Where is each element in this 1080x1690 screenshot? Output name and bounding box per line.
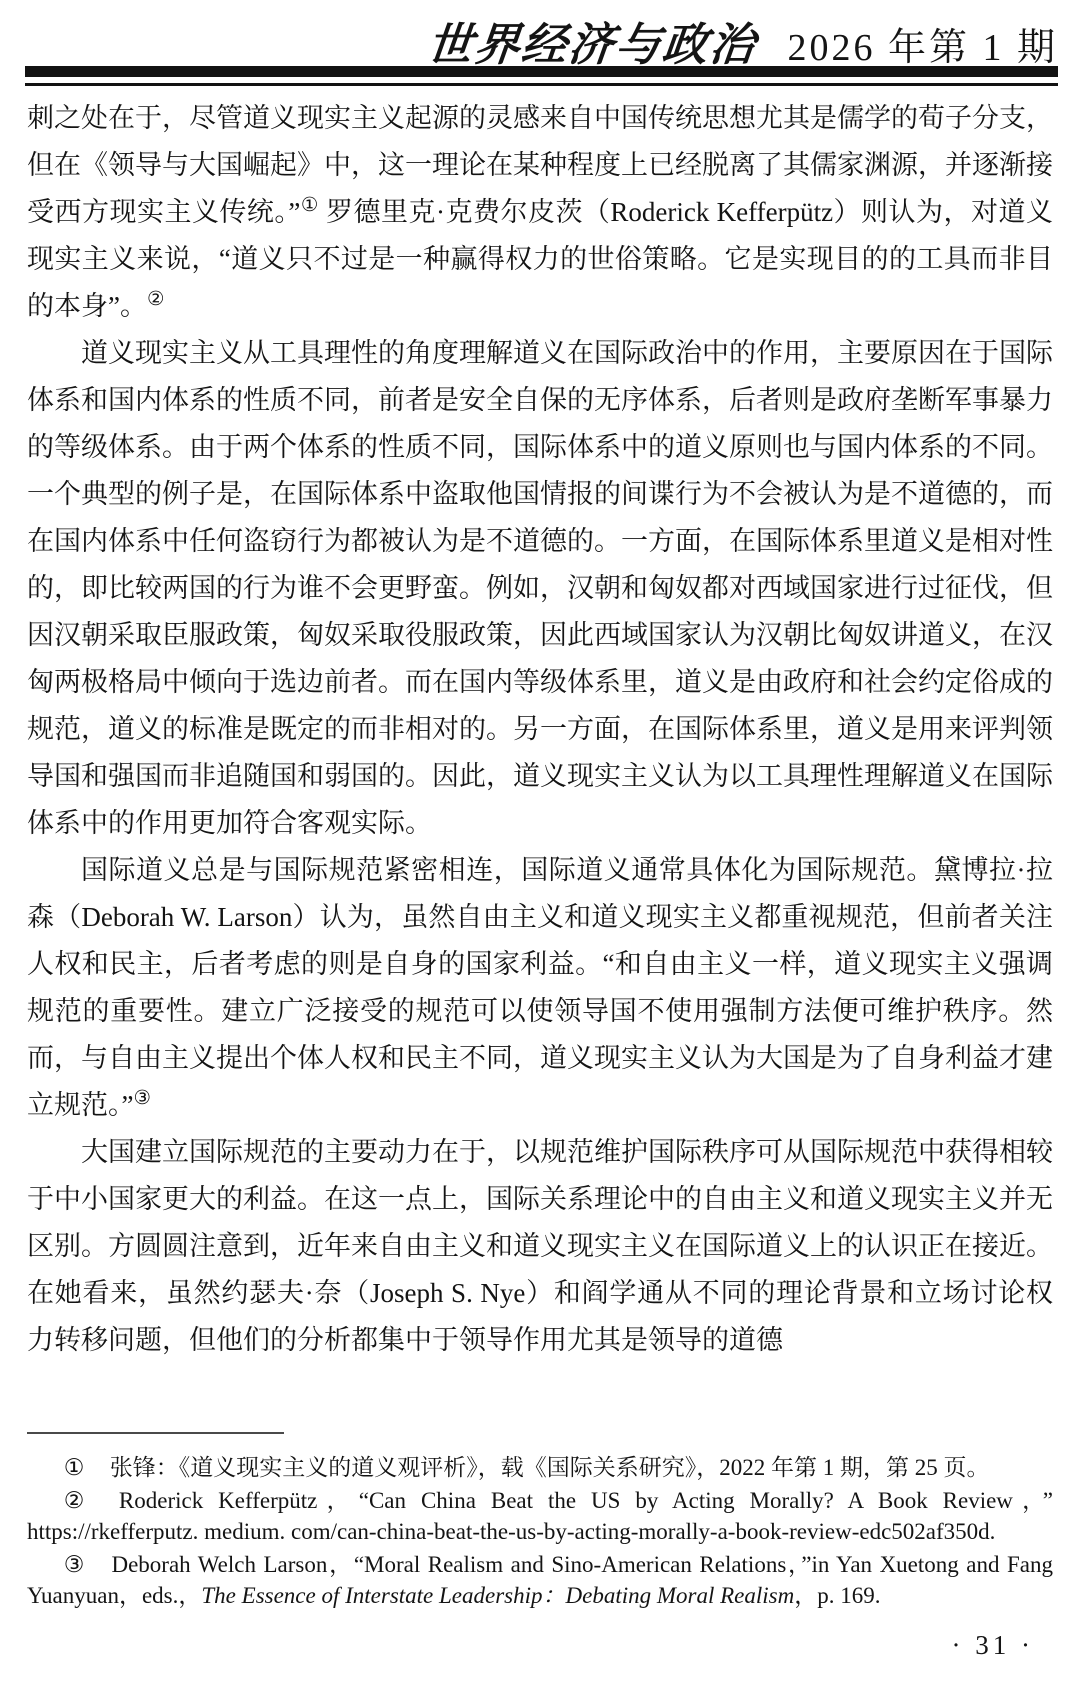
issue-label: 2026 年第 1 期 xyxy=(787,16,1058,71)
footnote-item: ②Roderick Kefferpütz，“Can China Beat the… xyxy=(27,1485,1053,1547)
footnote-text: ，p. 169. xyxy=(794,1583,880,1608)
journal-logo: 世界经济与政治 xyxy=(425,8,761,73)
body-paragraph: 道义现实主义从工具理性的角度理解道义在国际政治中的作用，主要原因在于国际体系和国… xyxy=(27,330,1053,847)
footnote-marker: ① xyxy=(64,1455,85,1480)
footnote-text: Roderick Kefferpütz，“Can China Beat the … xyxy=(27,1488,1053,1544)
footnote-marker: ② xyxy=(64,1488,94,1513)
journal-page: 世界经济与政治 2026 年第 1 期 刺之处在于，尽管道义现实主义起源的灵感来… xyxy=(0,0,1080,1690)
footnote-book-title: The Essence of Interstate Leadership：Deb… xyxy=(201,1583,794,1608)
footnote-reference: ② xyxy=(147,289,164,310)
footnote-marker: ③ xyxy=(64,1552,86,1577)
page-number: · 31 · xyxy=(952,1630,1034,1661)
body-paragraph: 刺之处在于，尽管道义现实主义起源的灵感来自中国传统思想尤其是儒学的荀子分支，但在… xyxy=(27,95,1053,330)
footnote-text: 张锋：《道义现实主义的道义观评析》，载《国际关系研究》，2022 年第 1 期，… xyxy=(110,1455,990,1480)
page-header: 世界经济与政治 2026 年第 1 期 xyxy=(27,8,1058,73)
footnote-item: ①张锋：《道义现实主义的道义观评析》，载《国际关系研究》，2022 年第 1 期… xyxy=(27,1452,1053,1483)
footnote-item: ③Deborah Welch Larson，“Moral Realism and… xyxy=(27,1549,1053,1611)
article-body: 刺之处在于，尽管道义现实主义起源的灵感来自中国传统思想尤其是儒学的荀子分支，但在… xyxy=(27,95,1053,1364)
body-paragraph: 大国建立国际规范的主要动力在于，以规范维护国际秩序可从国际规范中获得相较于中小国… xyxy=(27,1129,1053,1364)
footnote-reference: ③ xyxy=(133,1088,150,1109)
footnote-reference: ① xyxy=(300,195,318,216)
body-paragraph: 国际道义总是与国际规范紧密相连，国际道义通常具体化为国际规范。黛博拉·拉森（De… xyxy=(27,847,1053,1129)
header-rule-thick xyxy=(25,66,1058,77)
footnotes: ①张锋：《道义现实主义的道义观评析》，载《国际关系研究》，2022 年第 1 期… xyxy=(27,1452,1053,1613)
footnote-separator xyxy=(27,1432,284,1434)
header-rule-thin xyxy=(25,83,1058,86)
